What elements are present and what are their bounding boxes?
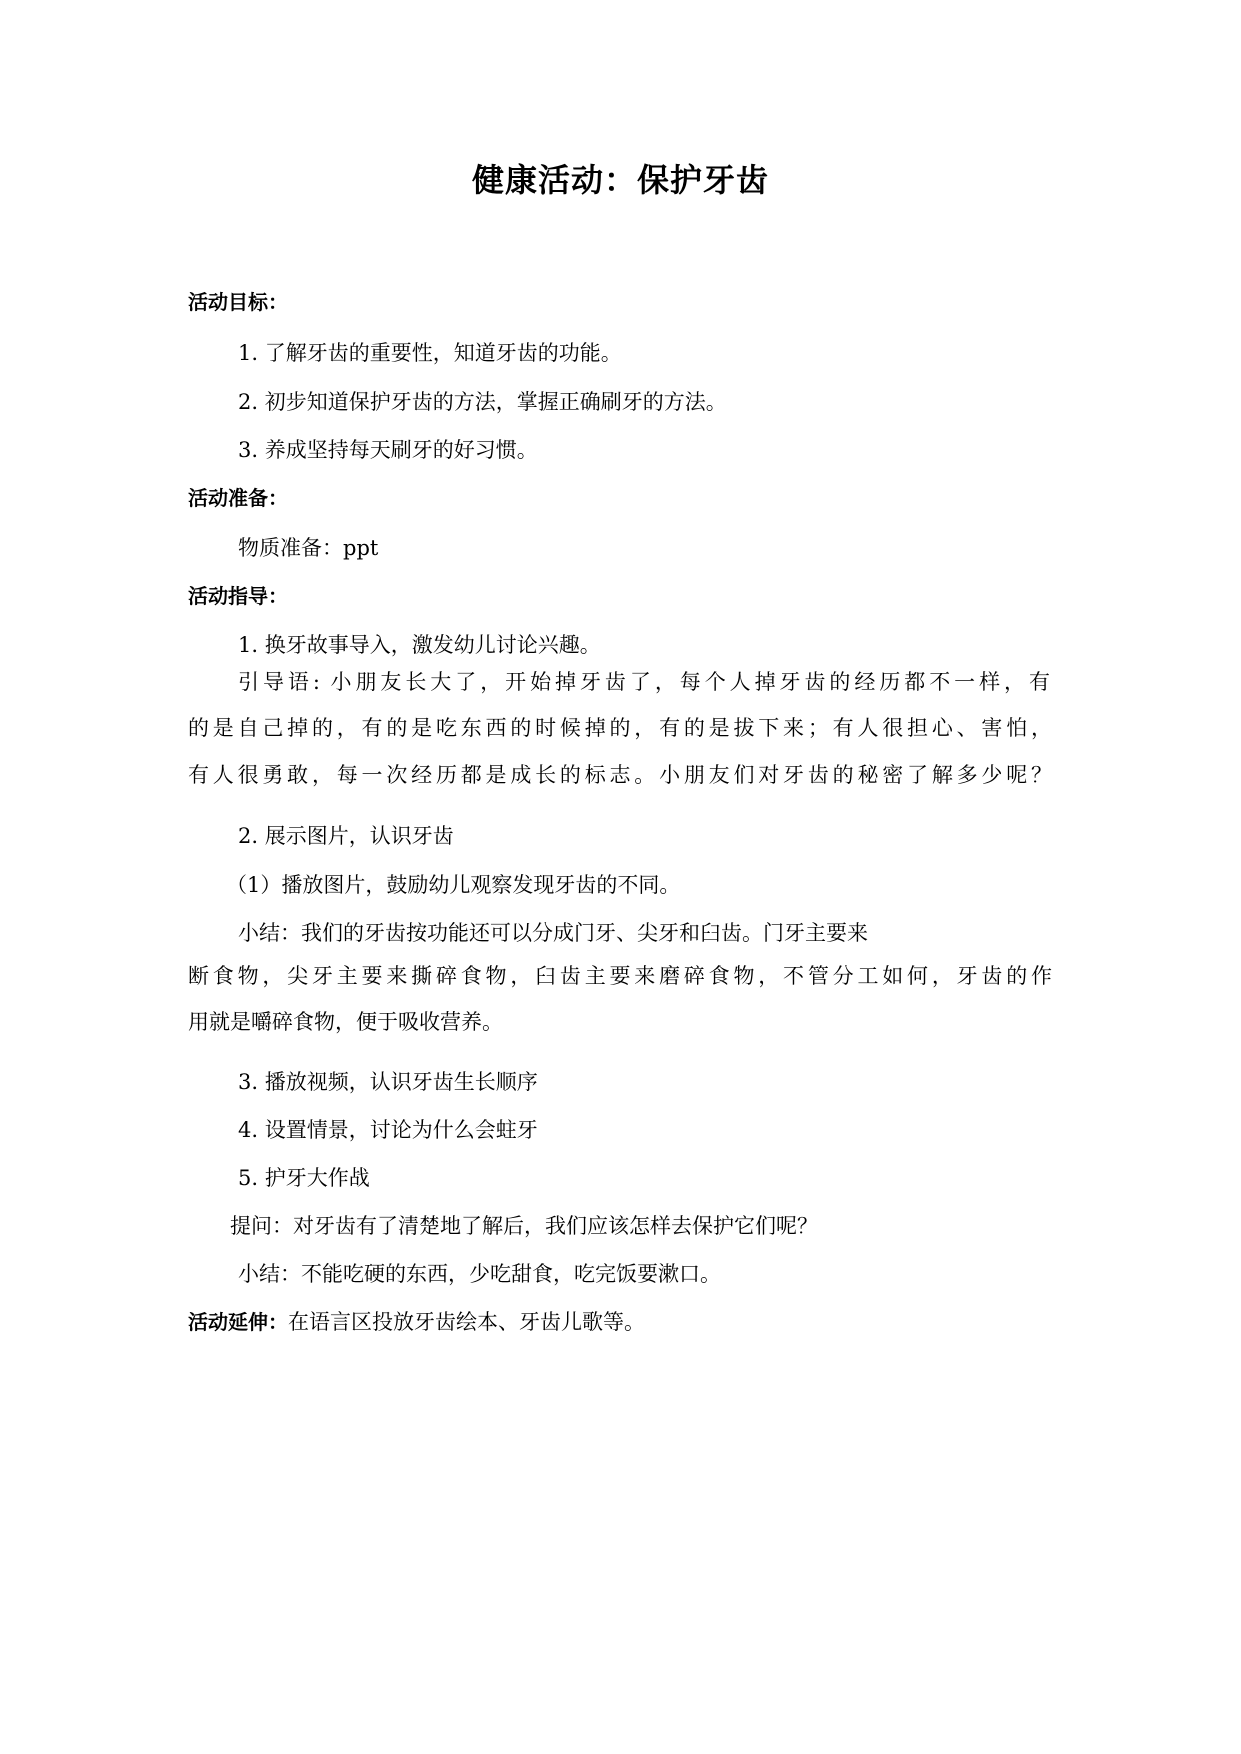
- guidance-step-1: 1. 换牙故事导入，激发幼儿讨论兴趣。: [238, 631, 601, 659]
- guidance-step-5: 5. 护牙大作战: [238, 1164, 370, 1192]
- preparation-text: 物质准备：ppt: [238, 534, 378, 562]
- guidance-summary-line: 用就是嚼碎食物，便于吸收营养。: [188, 1008, 503, 1036]
- guidance-step-2: 2. 展示图片，认识牙齿: [238, 822, 454, 850]
- extension-heading: 活动延伸：: [188, 1310, 288, 1334]
- guidance-heading: 活动指导：: [188, 582, 288, 610]
- preparation-heading: 活动准备：: [188, 484, 288, 512]
- guidance-intro-line: 的是自己掉的，有的是吃东西的时候掉的，有的是拔下来；有人很担心、害怕，: [188, 714, 1052, 742]
- guidance-question: 提问：对牙齿有了清楚地了解后，我们应该怎样去保护它们呢？: [230, 1212, 818, 1240]
- guidance-step-4: 4. 设置情景，讨论为什么会蛀牙: [238, 1116, 538, 1144]
- guidance-summary-line: 断食物，尖牙主要来撕碎食物，臼齿主要来磨碎食物，不管分工如何，牙齿的作: [188, 962, 1052, 990]
- goal-item: 1. 了解牙齿的重要性，知道牙齿的功能。: [238, 339, 622, 367]
- goal-item: 2. 初步知道保护牙齿的方法，掌握正确刷牙的方法。: [238, 388, 727, 416]
- extension-text: 在语言区投放牙齿绘本、牙齿儿歌等。: [288, 1310, 645, 1334]
- guidance-intro-line: 有人很勇敢，每一次经历都是成长的标志。小朋友们对牙齿的秘密了解多少呢？: [188, 761, 1052, 789]
- guidance-step-3: 3. 播放视频，认识牙齿生长顺序: [238, 1068, 538, 1096]
- goals-heading: 活动目标：: [188, 288, 288, 316]
- page-title: 健康活动：保护牙齿: [0, 160, 1241, 200]
- guidance-summary-line: 小结：我们的牙齿按功能还可以分成门牙、尖牙和臼齿。门牙主要来: [238, 919, 868, 947]
- extension-row: 活动延伸：在语言区投放牙齿绘本、牙齿儿歌等。: [188, 1308, 645, 1336]
- goal-item: 3. 养成坚持每天刷牙的好习惯。: [238, 436, 538, 464]
- guidance-step-2-sub-1: （1）播放图片，鼓励幼儿观察发现牙齿的不同。: [226, 871, 680, 899]
- guidance-summary: 小结：不能吃硬的东西，少吃甜食，吃完饭要漱口。: [238, 1260, 721, 1288]
- guidance-intro-line: 引导语: 小朋友长大了，开始掉牙齿了，每个人掉牙齿的经历都不一样，有: [238, 668, 1050, 696]
